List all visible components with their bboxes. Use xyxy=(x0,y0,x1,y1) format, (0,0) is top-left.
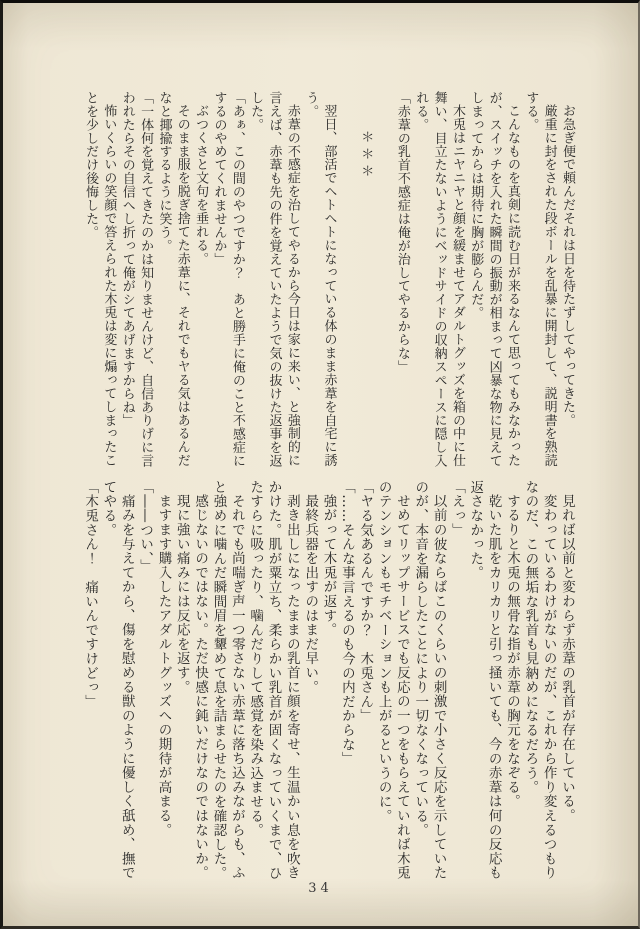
paragraph: 「……そんな事言えるのも今の内だからな」 xyxy=(338,480,356,882)
paragraph: そのまま服を脱ぎ捨てた赤葦に、それでもヤる気はあるんだなと揶揄するように笑う。 xyxy=(154,91,191,469)
paragraph: 「赤葦の乳首不感症は俺が治してやるからな」 xyxy=(393,91,411,469)
paragraph: 感じないのではない。ただ快感に鈍いだけなのではないか。 xyxy=(191,480,209,882)
paragraph: せめてリップサービスでも反応の一つをもらえていれば木兎のテンションもモチベーショ… xyxy=(374,480,411,882)
paragraph: 木兎はニヤニヤと顔を緩ませてアダルトグッズを箱の中に仕舞い、目立たないようにベッ… xyxy=(411,91,466,469)
paragraph: こんなものを真剣に読む日が来るなんて思ってもみなかったが、スイッチを入れた瞬間の… xyxy=(466,91,521,469)
scanned-page: お急ぎ便で頼んだそれは日を待たずしてやってきた。厳重に封をされた段ボールを乱暴に… xyxy=(0,0,640,929)
paragraph: それでも尚喘ぎ声一つ零さない赤葦に落ち込みながらも、ふと強めに噛んだ瞬間眉を顰め… xyxy=(209,480,246,882)
paragraph: 「一体何を覚えてきたのかは知りませんけど、自信ありげに言われたらその自信へし折っ… xyxy=(117,91,154,469)
paragraph: ますます購入したアダルトグッズへの期待が高まる。 xyxy=(154,480,172,882)
paragraph: 剥き出しになったままの乳首に顔を寄せ、生温かい息を吹きかけた。肌が粟立ち、柔らか… xyxy=(246,480,301,882)
paragraph: 怖いくらいの笑顔で答えられた木兎は変に煽ってしまったことを少しだけ後悔した。 xyxy=(81,91,118,469)
paragraph: 厳重に封をされた段ボールを乱暴に開封して、説明書を熟読する。 xyxy=(521,91,558,469)
paragraph: 「えっ」 xyxy=(448,480,466,882)
paragraph: 現に強い痛みには反応を返す。 xyxy=(172,480,190,882)
paragraph: 変わっているわけがないのだが、これから作り変えるつもりなのだ、この無垢な乳首も見… xyxy=(521,480,558,882)
paragraph: 「――つい、」 xyxy=(136,480,154,882)
paragraph: ぶつくさと文句を垂れる。 xyxy=(191,91,209,469)
paragraph: 最終兵器を出すのはまだ早い。 xyxy=(301,480,319,882)
text-block-lower: 見れば以前と変わらず赤葦の乳首が存在している。変わっているわけがないのだが、これ… xyxy=(78,480,576,882)
paragraph: 赤葦の不感症を治してやるから今日は家に来い、と強制的に言えば、赤葦も先の件を覚え… xyxy=(246,91,301,469)
paragraph: 「あぁ、この間のやつですか？ あと勝手に俺のこと不感症にするのやめてくれませんか… xyxy=(209,91,246,469)
paragraph: 「ヤる気あるんですか？ 木兎さん」 xyxy=(356,480,374,882)
page-number: 34 xyxy=(3,881,638,896)
paragraph: 強がって木兎が返す。 xyxy=(319,480,337,882)
section-divider: ＊＊＊ xyxy=(356,91,374,469)
paragraph: 以前の彼ならばこのくらいの刺激で小さく反応を示していたのが、本音を漏らしたことに… xyxy=(411,480,448,882)
paragraph: お急ぎ便で頼んだそれは日を待たずしてやってきた。 xyxy=(558,91,576,469)
paragraph: 「木兎さん！ 痛いんですけどっ」 xyxy=(81,480,99,882)
paragraph: 乾いた肌をカリカリと引っ掻いても、今の赤葦は何の反応も返さなかった。 xyxy=(466,480,503,882)
paragraph: 見れば以前と変わらず赤葦の乳首が存在している。 xyxy=(558,480,576,882)
paragraph: するりと木兎の無骨な指が赤葦の胸元をなぞる。 xyxy=(503,480,521,882)
paragraph: 翌日、部活でヘトヘトになっている体のまま赤葦を自宅に誘う。 xyxy=(301,91,338,469)
paragraph: 痛みを与えてから、傷を慰める獣のように優しく舐め、撫でてやる。 xyxy=(99,480,136,882)
text-block-upper: お急ぎ便で頼んだそれは日を待たずしてやってきた。厳重に封をされた段ボールを乱暴に… xyxy=(78,91,576,469)
